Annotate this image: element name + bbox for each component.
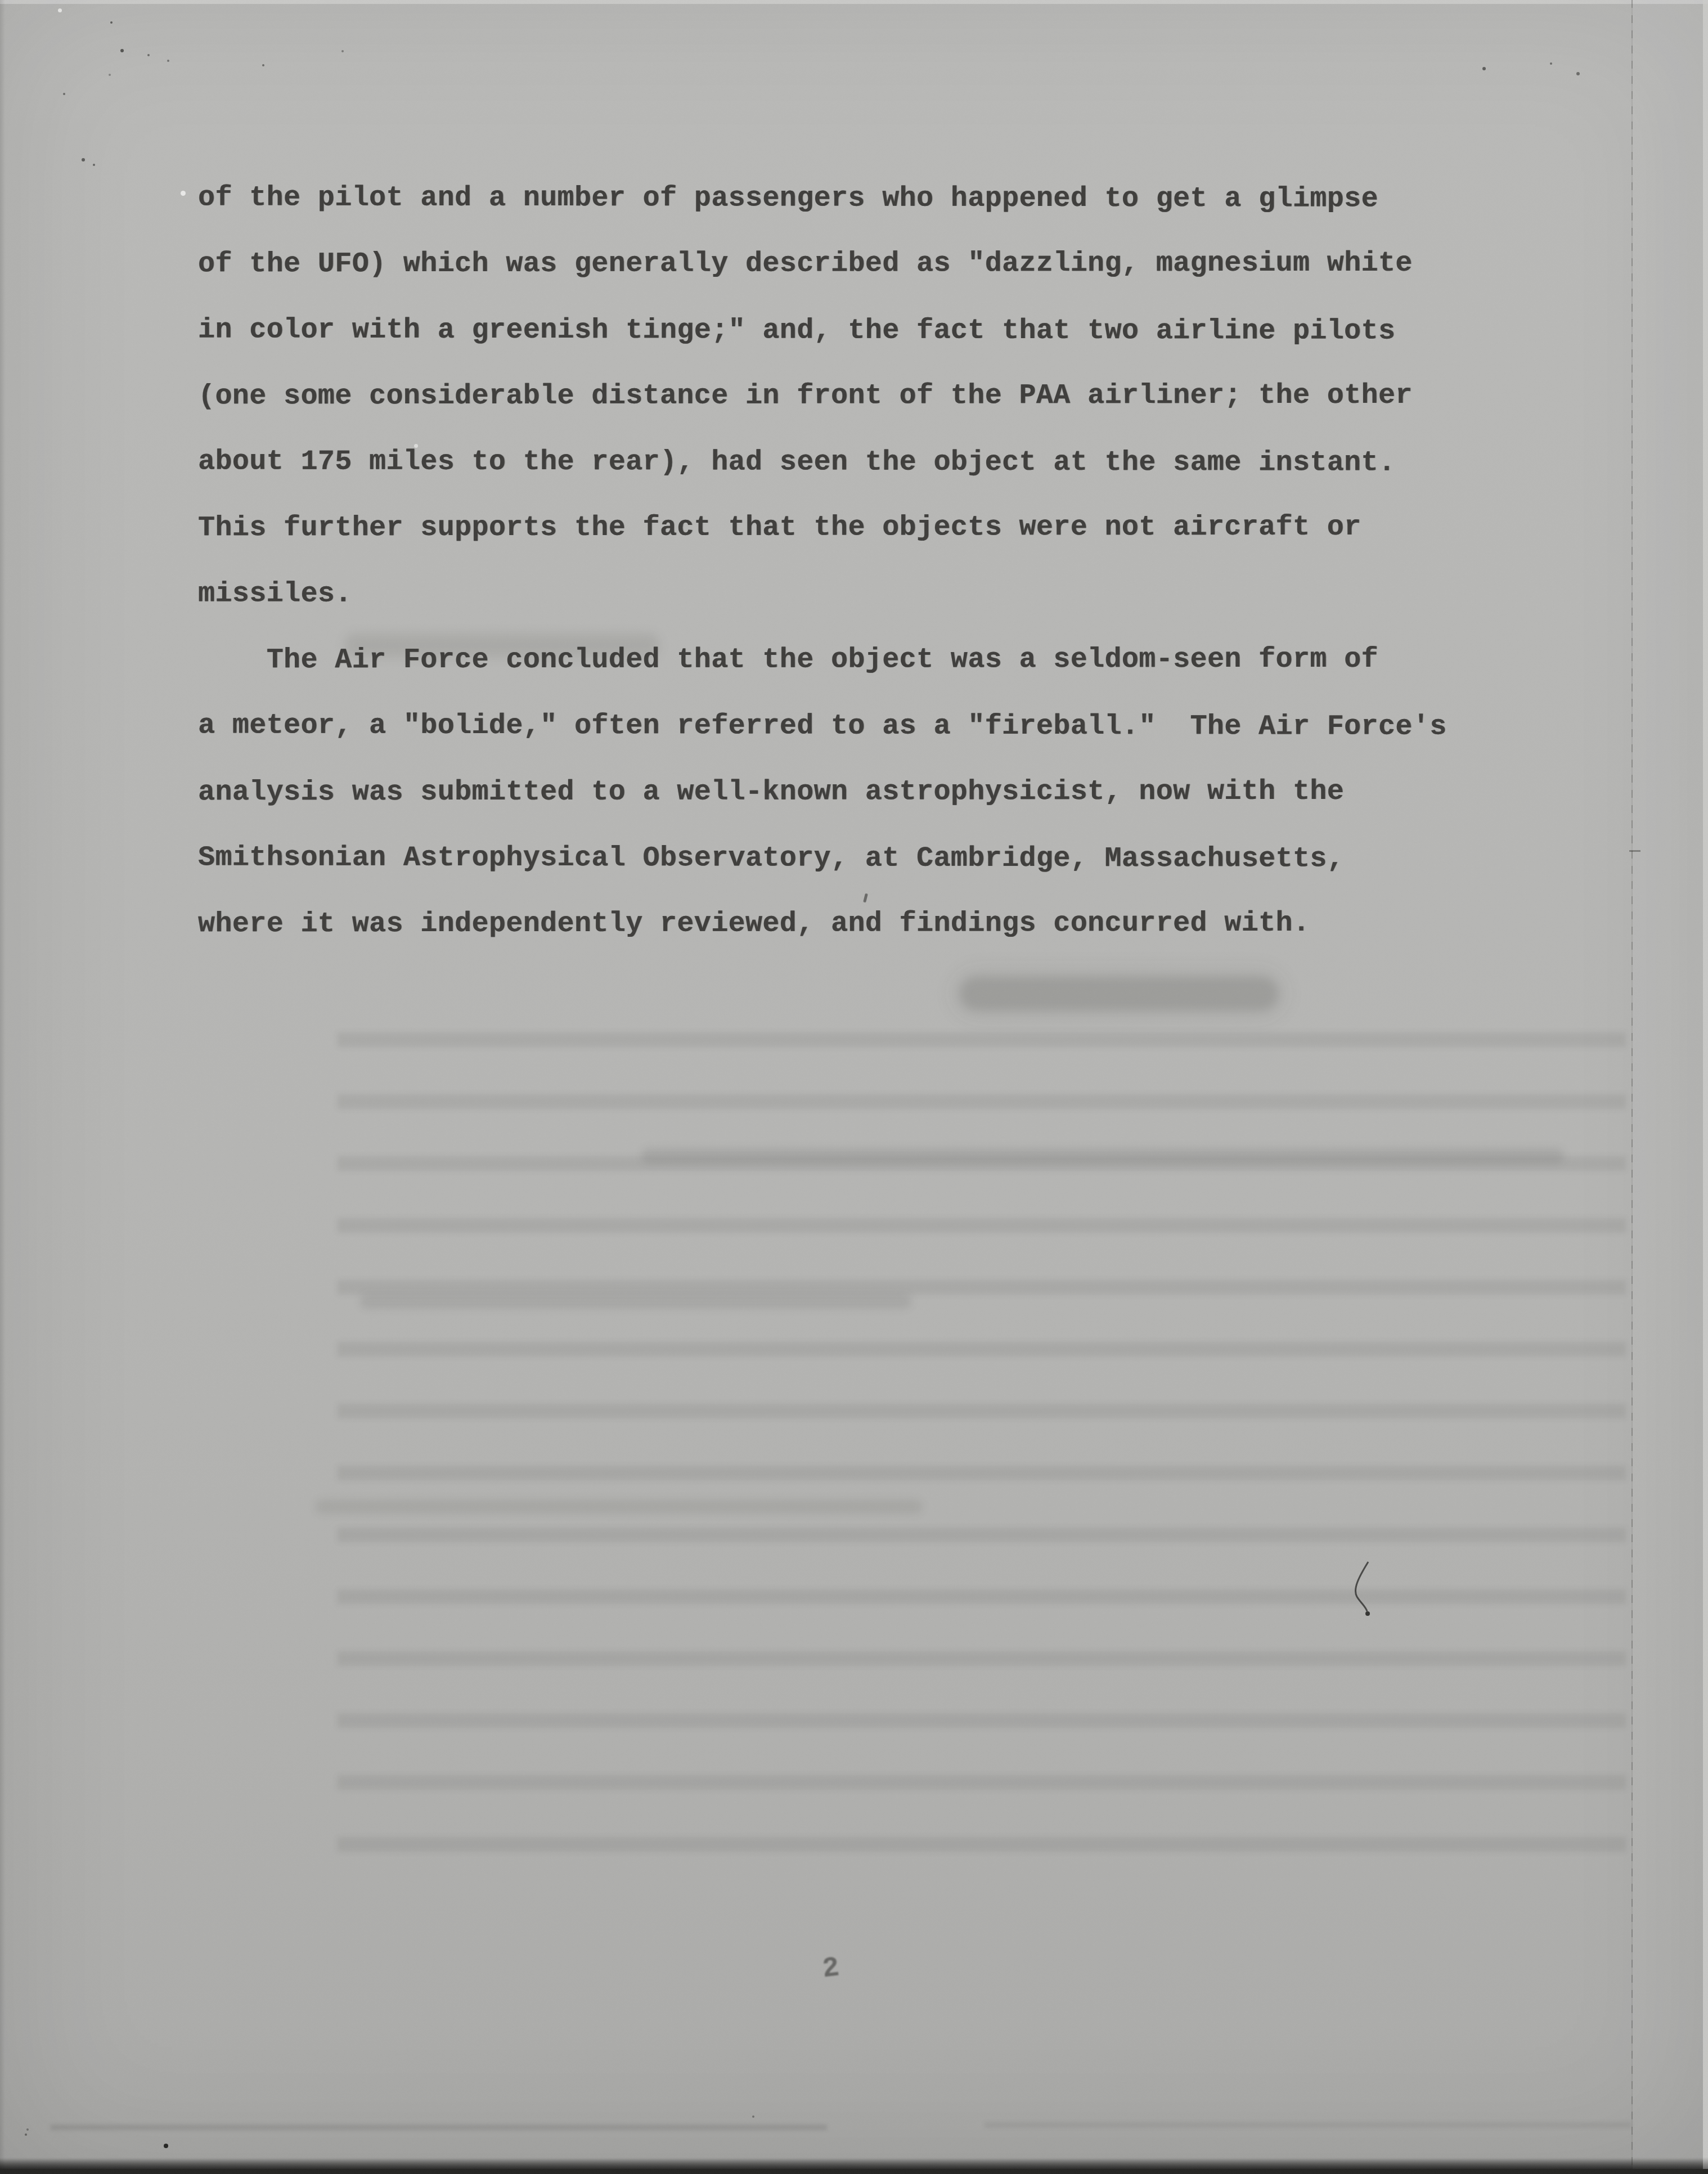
scan-bottom-shadow	[0, 2157, 1708, 2169]
scan-bottom-edge-band	[0, 2169, 1708, 2174]
text-line: about 175 miles to the rear), had seen t…	[198, 429, 1447, 497]
faint-horizontal-streak	[51, 2124, 827, 2130]
faint-horizontal-streak	[985, 2122, 1631, 2128]
text-line: The Air Force concluded that the object …	[198, 627, 1447, 694]
text-line: missiles.	[198, 561, 1447, 628]
text-line: in color with a greenish tinge;" and, th…	[198, 297, 1447, 365]
scan-top-edge-highlight	[0, 0, 1708, 4]
scratch-mark	[1349, 1560, 1383, 1618]
text-line: (one some considerable distance in front…	[198, 363, 1447, 430]
bleed-through-segment	[360, 1294, 911, 1309]
scan-right-edge-highlight	[1703, 0, 1708, 2174]
text-line: analysis was submitted to a well-known a…	[198, 758, 1447, 825]
page-margin-right-of-fold	[1633, 0, 1708, 2174]
scanned-document-page: of the pilot and a number of passengers …	[0, 0, 1708, 2174]
text-line: Smithsonian Astrophysical Observatory, a…	[198, 825, 1447, 892]
paper-specks-white	[0, 0, 3, 3]
text-line: a meteor, a "bolide," often referred to …	[198, 693, 1447, 761]
text-line: of the UFO) which was generally describe…	[198, 231, 1447, 298]
text-line: of the pilot and a number of passengers …	[198, 165, 1447, 232]
erased-text-smudge	[960, 977, 1278, 1010]
page-number: 2	[819, 1935, 843, 2003]
bleed-through-segment	[641, 1148, 1564, 1164]
bleed-through-segment	[315, 1499, 923, 1514]
typed-text-block: of the pilot and a number of passengers …	[198, 165, 1447, 958]
text-line: where it was independently reviewed, and…	[198, 891, 1447, 958]
scan-left-edge-shadow	[0, 0, 5, 2174]
text-line: This further supports the fact that the …	[198, 495, 1447, 562]
vertical-fold-crease	[1631, 0, 1633, 2174]
fold-crease-tick-mark	[1629, 850, 1640, 852]
